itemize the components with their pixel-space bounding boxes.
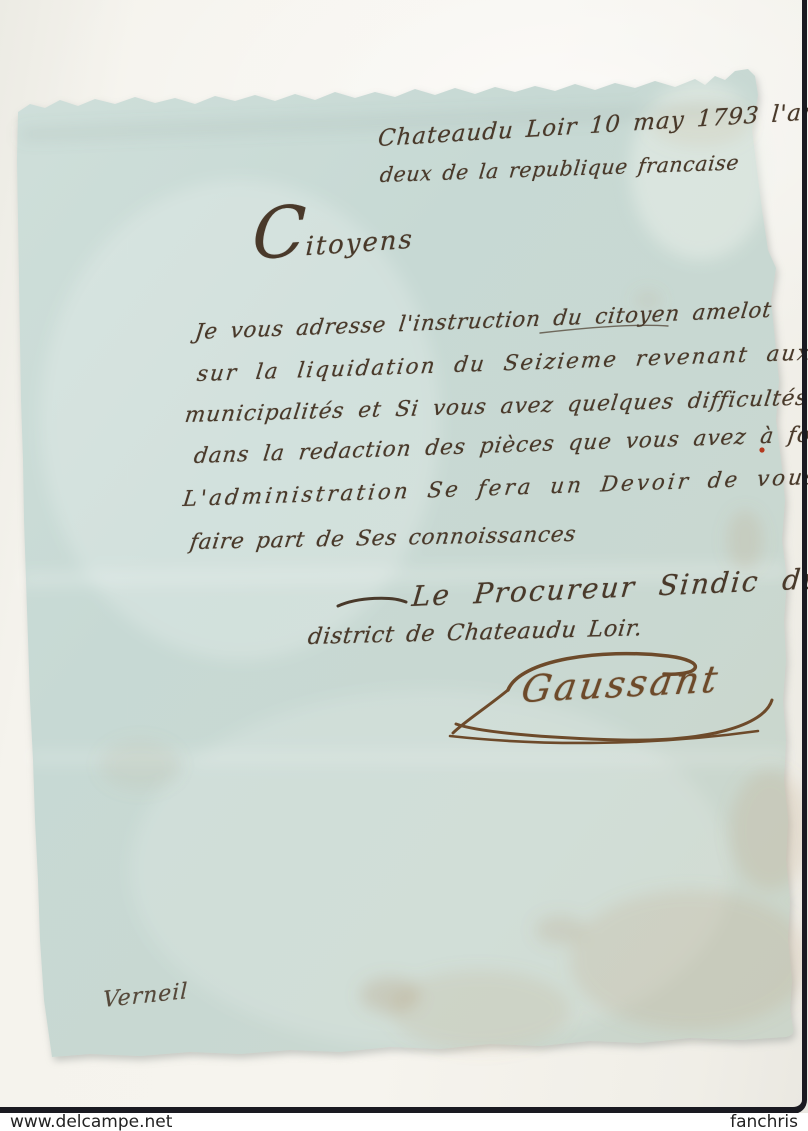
scanned-letter-page: Chateaudu Loir 10 may 1793 l'an deux de …	[0, 0, 808, 1131]
watermark-seller: fanchris	[730, 1113, 798, 1131]
watermark-site: www.delcampe.net	[10, 1113, 172, 1131]
watermark-strip: www.delcampe.net fanchris	[0, 1113, 808, 1131]
